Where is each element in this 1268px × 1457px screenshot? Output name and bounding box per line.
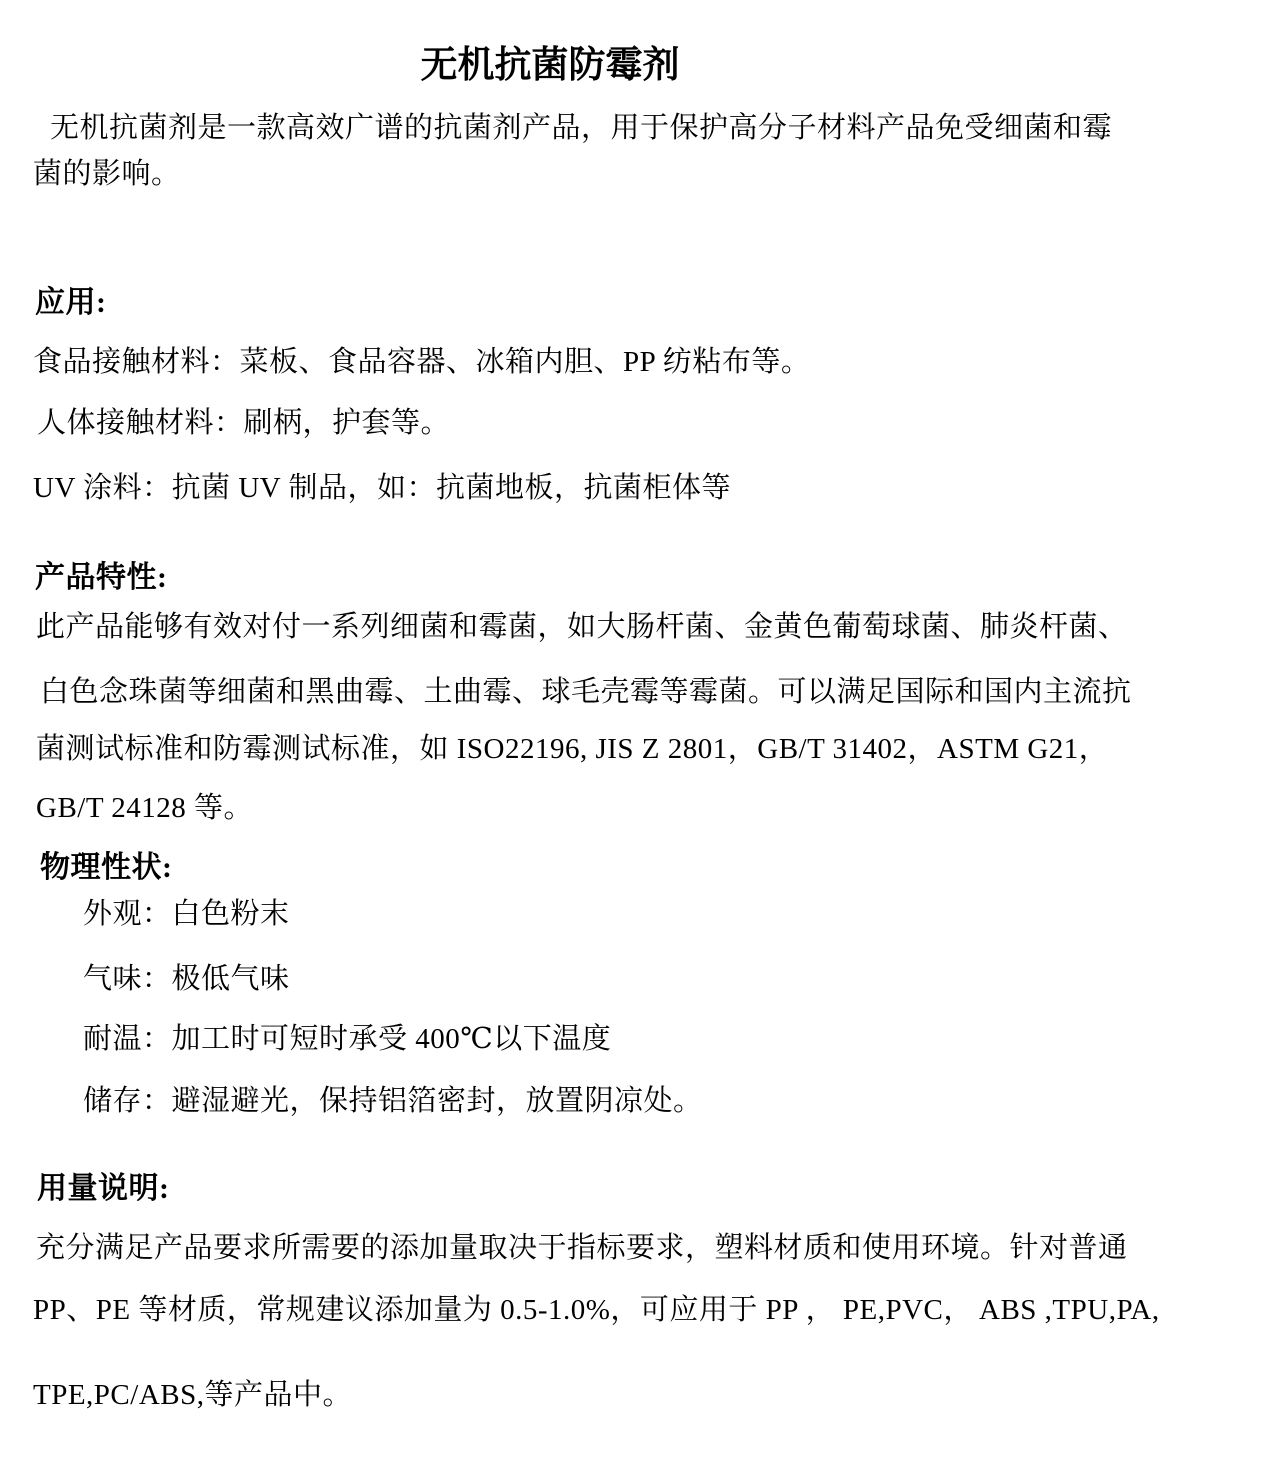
- section-heading-physical: 物理性状:: [40, 850, 173, 886]
- section-heading-dosage: 用量说明:: [37, 1171, 170, 1207]
- physical-item: 气味：极低气味: [83, 961, 290, 997]
- dosage-line: TPE,PC/ABS,等产品中。: [33, 1377, 352, 1413]
- section-heading-application: 应用:: [35, 285, 107, 321]
- dosage-line: PP、PE 等材质，常规建议添加量为 0.5-1.0%，可应用于 PP ， PE…: [33, 1292, 1160, 1328]
- physical-item: 耐温：加工时可短时承受 400℃以下温度: [83, 1021, 611, 1057]
- application-item: UV 涂料：抗菌 UV 制品，如：抗菌地板，抗菌柜体等: [33, 470, 731, 506]
- physical-item: 储存：避湿避光，保持铝箔密封，放置阴凉处。: [83, 1083, 703, 1119]
- application-item: 食品接触材料：菜板、食品容器、冰箱内胆、PP 纺粘布等。: [33, 344, 810, 380]
- document-page: 无机抗菌防霉剂 无机抗菌剂是一款高效广谱的抗菌剂产品，用于保护高分子材料产品免受…: [0, 0, 1268, 1457]
- features-line: 此产品能够有效对付一系列细菌和霉菌，如大肠杆菌、金黄色葡萄球菌、肺炎杆菌、: [36, 609, 1128, 645]
- features-line: 菌测试标准和防霉测试标准，如 ISO22196, JIS Z 2801，GB/T…: [36, 731, 1108, 767]
- features-line: GB/T 24128 等。: [36, 790, 253, 826]
- features-line: 白色念珠菌等细菌和黑曲霉、土曲霉、球毛壳霉等霉菌。可以满足国际和国内主流抗: [40, 674, 1132, 710]
- physical-item: 外观：白色粉末: [83, 896, 290, 932]
- dosage-line: 充分满足产品要求所需要的添加量取决于指标要求，塑料材质和使用环境。针对普通: [36, 1230, 1128, 1266]
- intro-line: 菌的影响。: [33, 156, 181, 192]
- section-heading-features: 产品特性:: [35, 560, 168, 596]
- document-title: 无机抗菌防霉剂: [0, 44, 1100, 88]
- application-item: 人体接触材料：刷柄，护套等。: [37, 405, 450, 441]
- intro-line: 无机抗菌剂是一款高效广谱的抗菌剂产品，用于保护高分子材料产品免受细菌和霉: [50, 110, 1112, 146]
